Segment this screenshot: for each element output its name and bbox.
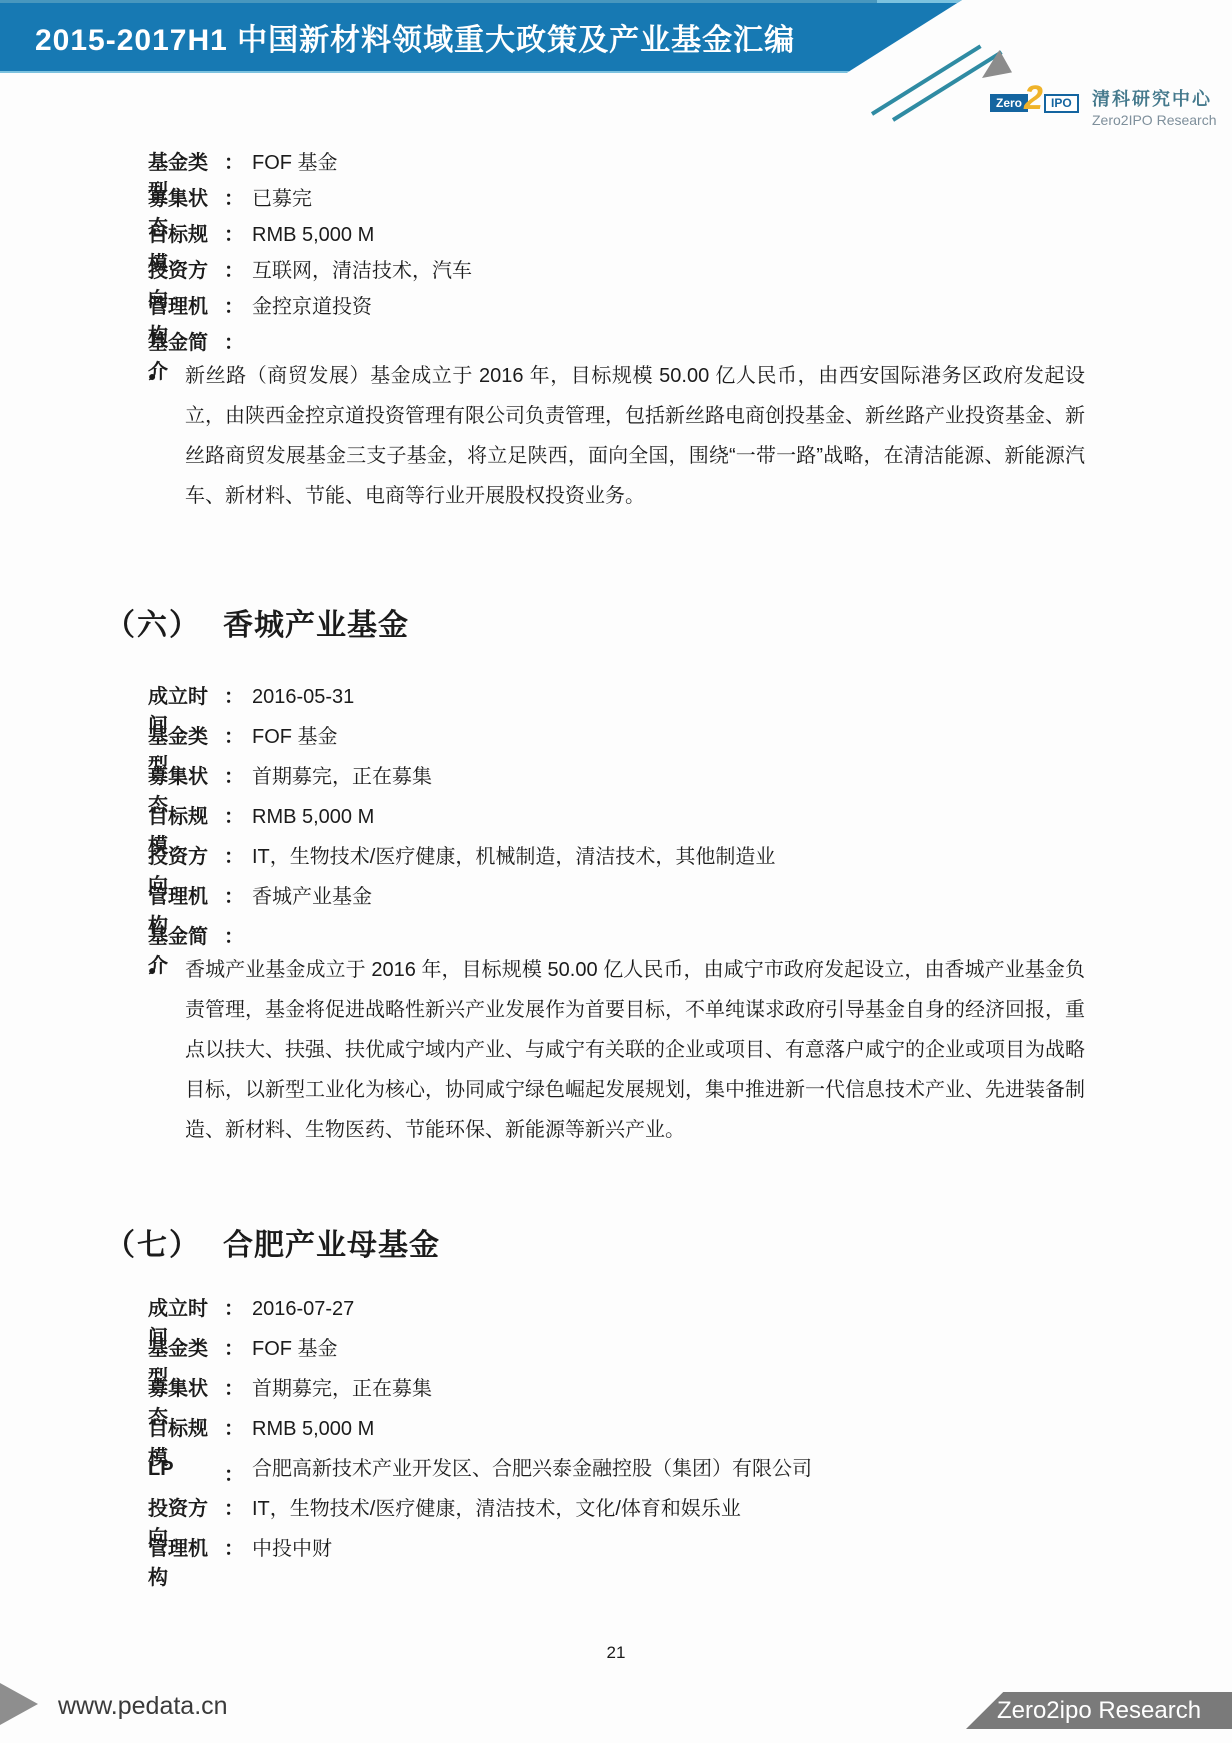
field-value: IT，生物技术/医疗健康，清洁技术，文化/体育和娱乐业 xyxy=(252,1492,741,1521)
fund-fields-section5: 基金类型： FOF 基金 募集状态： 已募完 目标规模： RMB 5,000 M… xyxy=(148,146,1088,362)
field-row: 管理机构： 香城产业基金 xyxy=(148,880,1088,900)
fund-description-text: 新丝路（商贸发展）基金成立于 2016 年，目标规模 50.00 亿人民币，由西… xyxy=(185,356,1085,516)
bullet-icon: ● xyxy=(148,356,185,516)
field-row: 目标规模： RMB 5,000 M xyxy=(148,1412,1088,1432)
footer-website: www.pedata.cn xyxy=(58,1692,228,1721)
field-value: FOF 基金 xyxy=(252,720,338,749)
field-row: 投资方向： 互联网，清洁技术，汽车 xyxy=(148,254,1088,274)
zero2ipo-logo: Zero 2 IPO 清科研究中心 Zero2IPO Research xyxy=(988,84,1228,130)
section-heading-6: （六）香城产业基金 xyxy=(105,608,409,644)
section-title: 合肥产业母基金 xyxy=(223,1229,440,1262)
field-row: 成立时间： 2016-05-31 xyxy=(148,680,1088,700)
bullet-icon: ● xyxy=(148,950,185,1150)
field-value: FOF 基金 xyxy=(252,1332,338,1361)
field-row: 成立时间： 2016-07-27 xyxy=(148,1292,1088,1312)
fund-description-section6: ● 香城产业基金成立于 2016 年，目标规模 50.00 亿人民币，由咸宁市政… xyxy=(148,950,1085,1150)
field-row: 基金类型： FOF 基金 xyxy=(148,1332,1088,1352)
field-value: 合肥高新技术产业开发区、合肥兴泰金融控股（集团）有限公司 xyxy=(252,1452,812,1481)
section-heading-7: （七）合肥产业母基金 xyxy=(105,1228,440,1264)
header-banner: 2015-2017H1 中国新材料领域重大政策及产业基金汇编 xyxy=(0,0,962,73)
field-row: 基金类型： FOF 基金 xyxy=(148,146,1088,166)
field-row: 投资方向： IT，生物技术/医疗健康，清洁技术，文化/体育和娱乐业 xyxy=(148,1492,1088,1512)
fund-description-section5: ● 新丝路（商贸发展）基金成立于 2016 年，目标规模 50.00 亿人民币，… xyxy=(148,356,1085,516)
field-row: 目标规模： RMB 5,000 M xyxy=(148,800,1088,820)
field-value: 互联网，清洁技术，汽车 xyxy=(252,254,472,283)
field-row: 基金简介： xyxy=(148,920,1088,940)
fund-fields-section7: 成立时间： 2016-07-27 基金类型： FOF 基金 募集状态： 首期募完… xyxy=(148,1292,1088,1572)
field-value: 已募完 xyxy=(252,182,312,211)
page-number: 21 xyxy=(0,1643,1232,1663)
logo-zero-badge: Zero xyxy=(990,94,1028,112)
field-value: 中投中财 xyxy=(252,1532,332,1561)
field-row: 募集状态： 已募完 xyxy=(148,182,1088,202)
logo-ipo-badge: IPO xyxy=(1044,94,1079,113)
fund-description-text: 香城产业基金成立于 2016 年，目标规模 50.00 亿人民币，由咸宁市政府发… xyxy=(185,950,1085,1150)
banner-underline xyxy=(0,0,877,3)
field-value: 2016-05-31 xyxy=(252,686,354,709)
field-row: LP： 合肥高新技术产业开发区、合肥兴泰金融控股（集团）有限公司 xyxy=(148,1452,1088,1472)
field-row: 基金类型： FOF 基金 xyxy=(148,720,1088,740)
section-title: 香城产业基金 xyxy=(223,609,409,642)
field-label: 管理机构： xyxy=(148,1532,244,1590)
field-row: 管理机构： 金控京道投资 xyxy=(148,290,1088,310)
footer-arrow-icon xyxy=(0,1683,38,1725)
section-number: （六） xyxy=(105,609,201,642)
logo-2-numeral: 2 xyxy=(1024,78,1043,118)
field-value: FOF 基金 xyxy=(252,146,338,175)
field-row: 募集状态： 首期募完，正在募集 xyxy=(148,1372,1088,1392)
fund-fields-section6: 成立时间： 2016-05-31 基金类型： FOF 基金 募集状态： 首期募完… xyxy=(148,680,1088,960)
field-value: 首期募完，正在募集 xyxy=(252,1372,432,1401)
report-title: 2015-2017H1 中国新材料领域重大政策及产业基金汇编 xyxy=(35,15,795,59)
org-name-en: Zero2IPO Research xyxy=(1092,112,1217,128)
document-page: 2015-2017H1 中国新材料领域重大政策及产业基金汇编 Zero 2 IP… xyxy=(0,0,1232,1743)
field-value: 金控京道投资 xyxy=(252,290,372,319)
gray-triangle-icon xyxy=(982,50,1012,78)
field-row: 投资方向： IT，生物技术/医疗健康，机械制造，清洁技术，其他制造业 xyxy=(148,840,1088,860)
footer-brand-banner: Zero2ipo Research xyxy=(966,1692,1232,1729)
diagonal-slash-icon xyxy=(871,44,982,115)
field-value: IT，生物技术/医疗健康，机械制造，清洁技术，其他制造业 xyxy=(252,840,775,869)
field-value: RMB 5,000 M xyxy=(252,806,374,829)
field-value: 首期募完，正在募集 xyxy=(252,760,432,789)
logo-text: 清科研究中心 Zero2IPO Research xyxy=(1092,85,1217,128)
field-row: 基金简介： xyxy=(148,326,1088,346)
org-name-cn: 清科研究中心 xyxy=(1092,85,1217,111)
field-value: 香城产业基金 xyxy=(252,880,372,909)
field-value: RMB 5,000 M xyxy=(252,224,374,247)
section-number: （七） xyxy=(105,1229,201,1262)
field-row: 募集状态： 首期募完，正在募集 xyxy=(148,760,1088,780)
field-value: RMB 5,000 M xyxy=(252,1418,374,1441)
field-value: 2016-07-27 xyxy=(252,1298,354,1321)
field-row: 管理机构： 中投中财 xyxy=(148,1532,1088,1552)
field-row: 目标规模： RMB 5,000 M xyxy=(148,218,1088,238)
field-label: LP： xyxy=(148,1458,244,1487)
footer-brand-text: Zero2ipo Research xyxy=(997,1697,1201,1725)
diagonal-slash-icon xyxy=(892,50,1003,121)
